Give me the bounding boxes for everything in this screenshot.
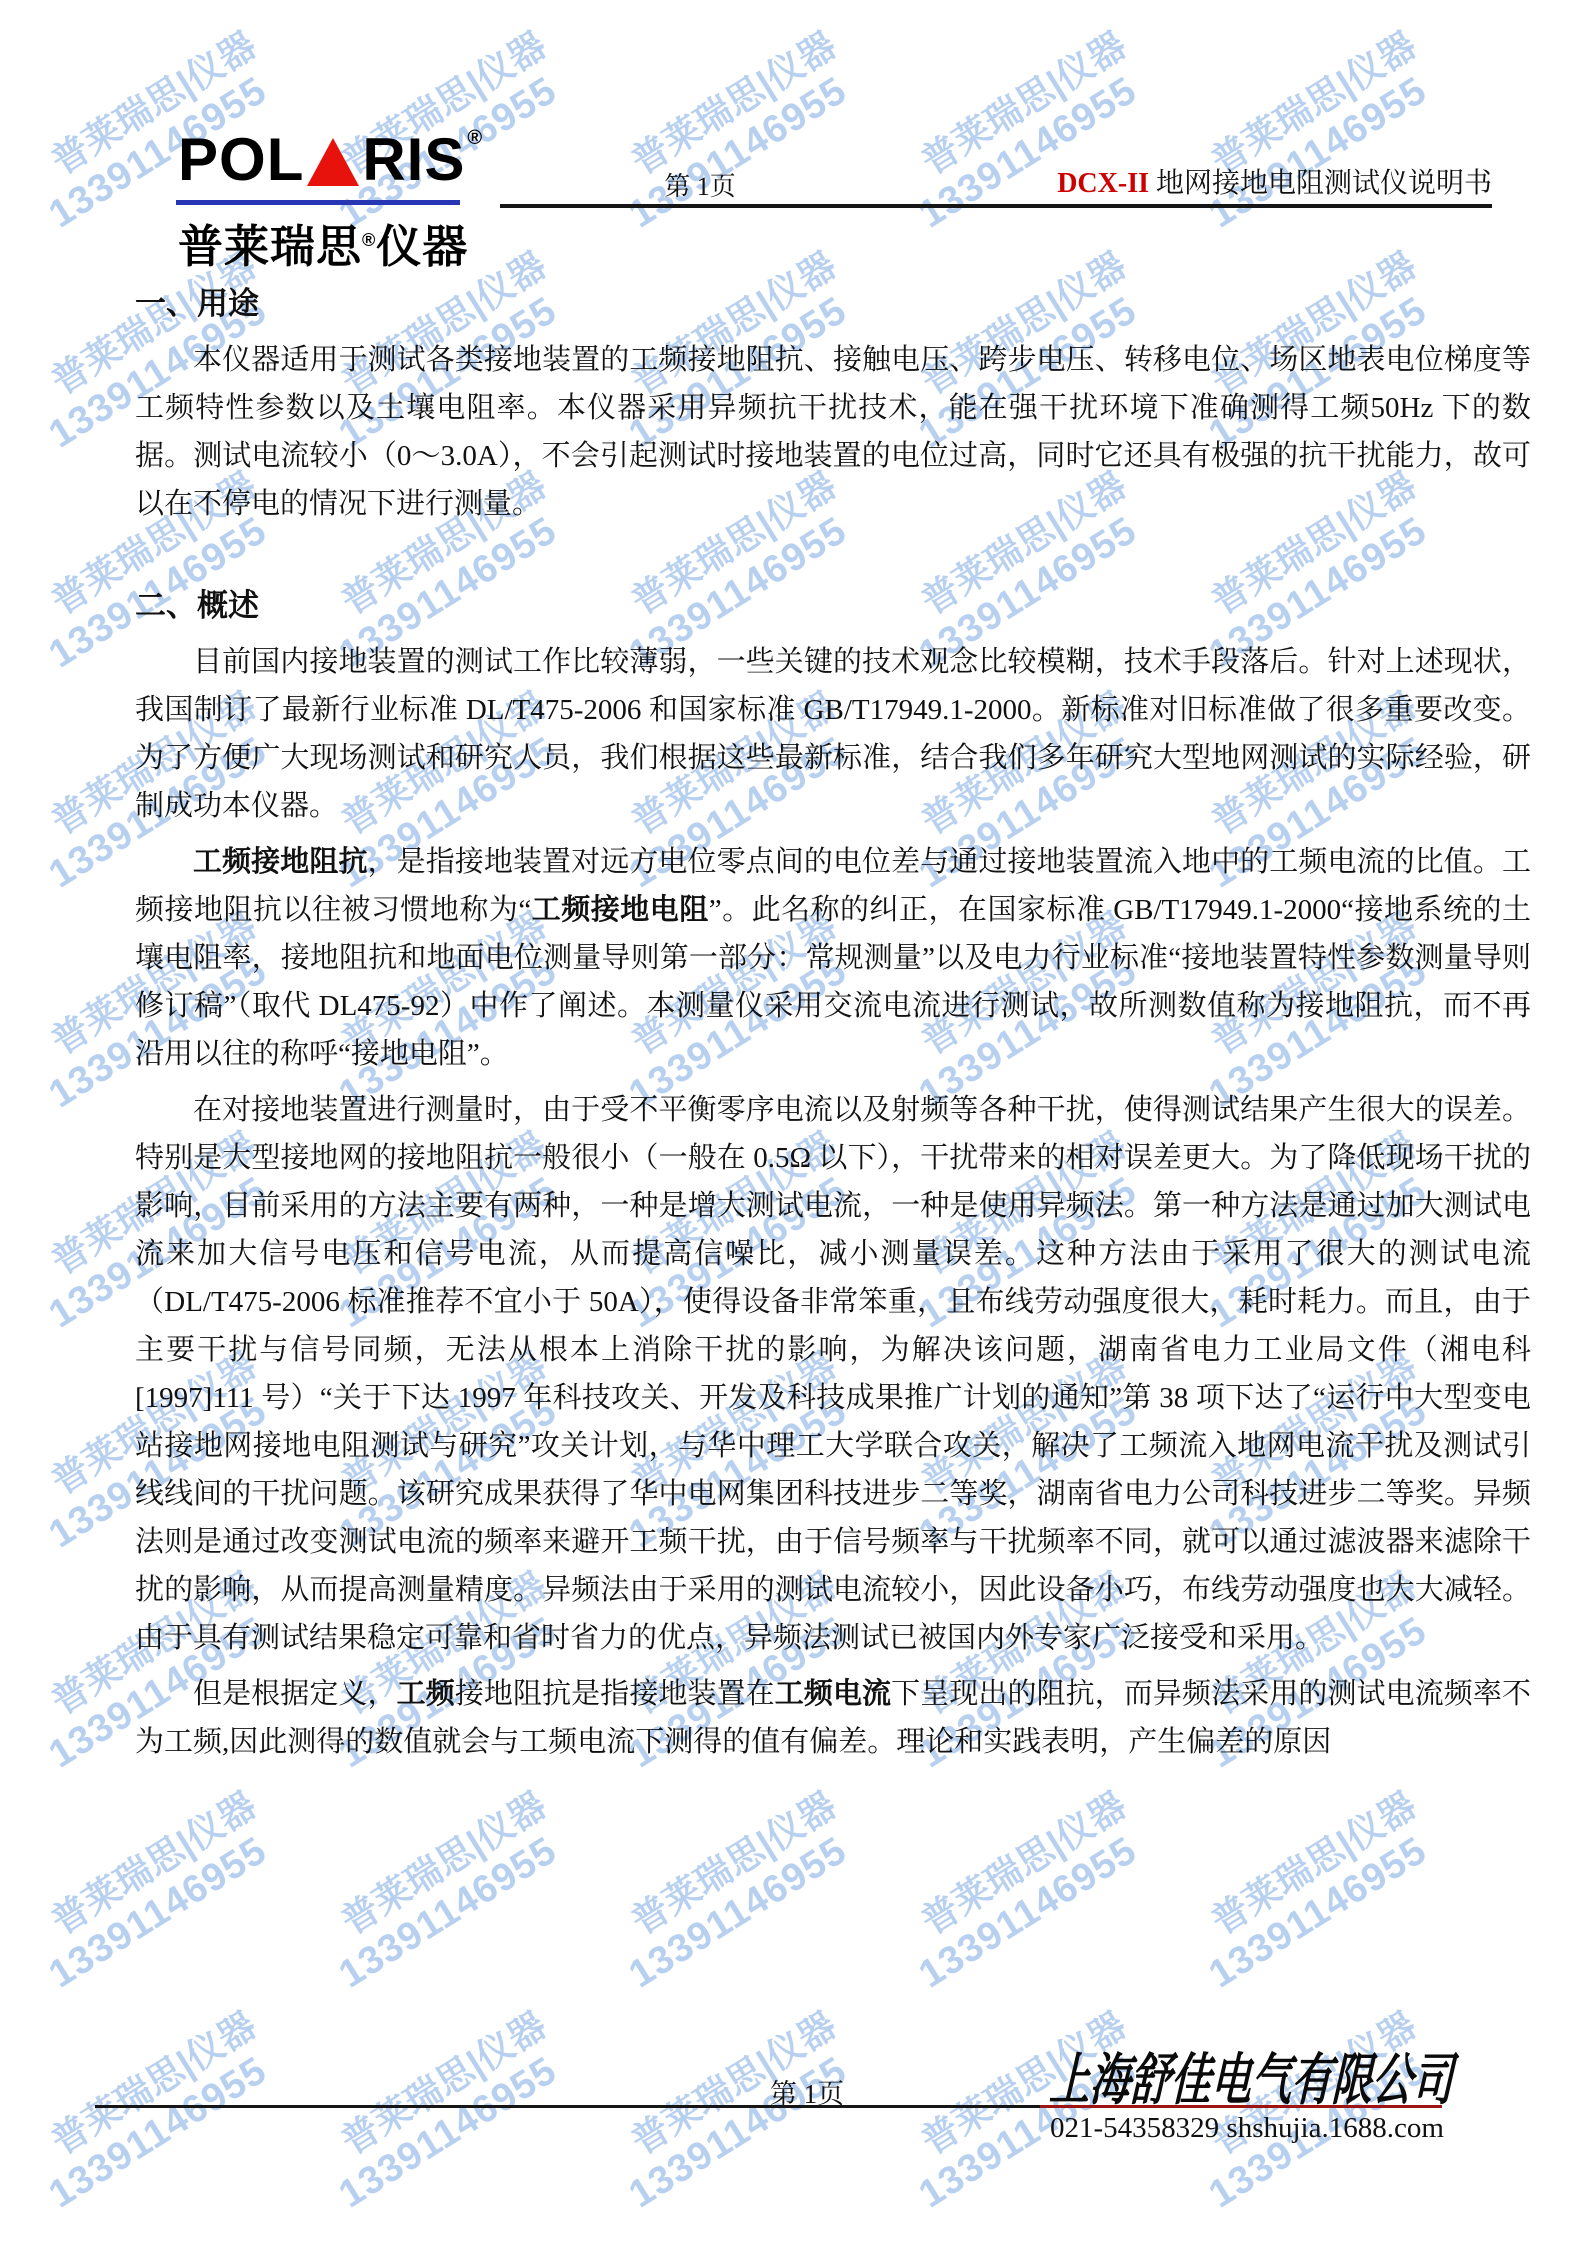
- model-code: DCX-II: [1057, 168, 1149, 199]
- logo-cn-suffix: 仪器: [376, 221, 468, 272]
- watermark-text: 普莱瑞思|仪器: [44, 2006, 262, 2164]
- watermark-phone: 13391146955: [1201, 1822, 1445, 1998]
- watermark-text: 普莱瑞思|仪器: [1204, 1786, 1422, 1944]
- text-run: 工频: [397, 1678, 455, 1710]
- paragraph: 工频接地阻抗，是指接地装置对远方电位零点间的电位差与通过接地装置流入地中的工频电…: [135, 838, 1531, 1078]
- company-signature: 上海舒佳电气有限公司: [1048, 2036, 1354, 2116]
- logo-chinese-name: 普莱瑞思®仪器: [178, 210, 468, 275]
- document-title: DCX-II 地网接地电阻测试仪说明书: [860, 161, 1492, 201]
- watermark: 普莱瑞思|仪器13391146955: [340, 2060, 570, 2210]
- watermark-text: 普莱瑞思|仪器: [44, 1786, 262, 1944]
- watermark-phone: 13391146955: [331, 1822, 575, 1998]
- text-run: 工频接地电阻: [531, 894, 708, 926]
- watermark: 普莱瑞思|仪器13391146955: [50, 2060, 280, 2210]
- polaris-logo: POLRIS® 普莱瑞思®仪器: [178, 128, 483, 192]
- watermark-text: 普莱瑞思|仪器: [624, 1786, 842, 1944]
- paragraph: 但是根据定义，工频接地阻抗是指接地装置在工频电流下呈现出的阻抗，而异频法采用的测…: [135, 1670, 1531, 1766]
- watermark: 普莱瑞思|仪器13391146955: [920, 1840, 1150, 1990]
- logo-wordmark: POLRIS®: [178, 128, 483, 192]
- watermark: 普莱瑞思|仪器13391146955: [630, 1840, 860, 1990]
- text-run: 目前国内接地装置的测试工作比较薄弱，一些关键的技术观念比较模糊，技术手段落后。针…: [135, 646, 1531, 822]
- watermark-text: 普莱瑞思|仪器: [334, 1786, 552, 1944]
- footer-rule: [95, 2105, 1045, 2108]
- text-run: 在对接地装置进行测量时，由于受不平衡零序电流以及射频等各种干扰，使得测试结果产生…: [135, 1094, 1531, 1654]
- registered-mark-icon: ®: [467, 128, 483, 148]
- paragraph: 目前国内接地装置的测试工作比较薄弱，一些关键的技术观念比较模糊，技术手段落后。针…: [135, 638, 1531, 830]
- watermark-phone: 13391146955: [911, 1822, 1155, 1998]
- logo-text-left: POL: [178, 128, 304, 192]
- section-heading: 二、概述: [135, 582, 1531, 630]
- text-run: 但是根据定义，: [193, 1678, 397, 1710]
- text-run: 接地阻抗是指接地装置在: [455, 1678, 775, 1710]
- document-body: 一、用途本仪器适用于测试各类接地装置的工频接地阻抗、接触电压、跨步电压、转移电位…: [135, 248, 1531, 1774]
- watermark-phone: 13391146955: [621, 62, 865, 238]
- watermark-phone: 13391146955: [621, 2042, 865, 2218]
- watermark-text: 普莱瑞思|仪器: [914, 1786, 1132, 1944]
- signature-underline: [1040, 2105, 1442, 2108]
- text-run: 工频接地阻抗: [193, 846, 368, 878]
- section-heading: 一、用途: [135, 280, 1531, 328]
- watermark-phone: 13391146955: [331, 2042, 575, 2218]
- contact-info: 021-54358329 shshujia.1688.com: [1050, 2112, 1450, 2145]
- watermark: 普莱瑞思|仪器13391146955: [1210, 1840, 1440, 1990]
- text-run: 本仪器适用于测试各类接地装置的工频接地阻抗、接触电压、跨步电压、转移电位、场区地…: [135, 344, 1531, 520]
- watermark-text: 普莱瑞思|仪器: [624, 26, 842, 184]
- logo-text-right: RIS: [362, 128, 465, 192]
- watermark-phone: 13391146955: [41, 2042, 285, 2218]
- watermark-phone: 13391146955: [1201, 62, 1445, 238]
- paragraph: 本仪器适用于测试各类接地装置的工频接地阻抗、接触电压、跨步电压、转移电位、场区地…: [135, 336, 1531, 528]
- watermark-text: 普莱瑞思|仪器: [1204, 26, 1422, 184]
- watermark-phone: 13391146955: [41, 1822, 285, 1998]
- paragraph: 在对接地装置进行测量时，由于受不平衡零序电流以及射频等各种干扰，使得测试结果产生…: [135, 1086, 1531, 1662]
- logo-cn-text: 普莱瑞思: [178, 221, 362, 272]
- watermark-phone: 13391146955: [911, 62, 1155, 238]
- title-text: 地网接地电阻测试仪说明书: [1149, 168, 1492, 199]
- watermark-text: 普莱瑞思|仪器: [914, 26, 1132, 184]
- header-page-number: 第 1页: [640, 166, 760, 203]
- text-run: 工频电流: [775, 1678, 891, 1710]
- watermark: 普莱瑞思|仪器13391146955: [50, 1840, 280, 1990]
- watermark-text: 普莱瑞思|仪器: [334, 2006, 552, 2164]
- logo-triangle-icon: [307, 138, 359, 186]
- registered-mark-icon: ®: [362, 230, 376, 250]
- watermark: 普莱瑞思|仪器13391146955: [340, 1840, 570, 1990]
- logo-underline: [176, 200, 460, 205]
- document-page: 普莱瑞思|仪器13391146955普莱瑞思|仪器13391146955普莱瑞思…: [0, 0, 1587, 2245]
- header-rule: [500, 204, 1492, 208]
- watermark-phone: 13391146955: [621, 1822, 865, 1998]
